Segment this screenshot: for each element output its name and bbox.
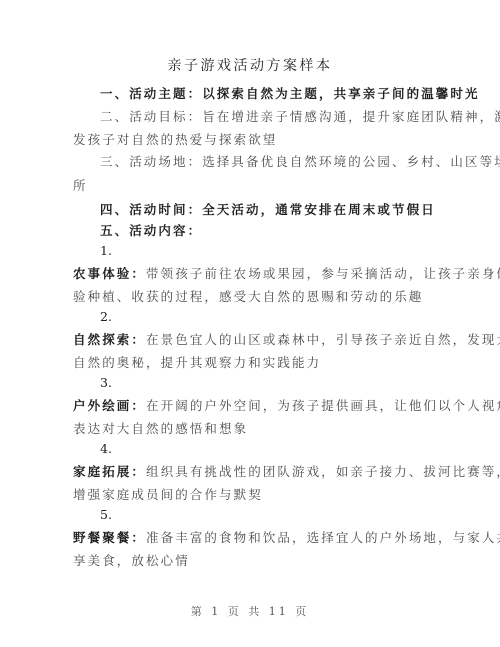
activity-desc: 在开阔的户外空间，为孩子提供画具，让他们以个人视角 (146, 398, 500, 413)
activity-number: 5. (100, 507, 448, 523)
activity-item-1-line-1: 农事体验：带领孩子前往农场或果园，参与采摘活动，让孩子亲身体 (73, 266, 421, 282)
section-goal-line-2: 发孩子对自然的热爱与探索欲望 (73, 132, 421, 148)
activity-number: 4. (100, 441, 448, 457)
activity-item-3-line-1: 户外绘画：在开阔的户外空间，为孩子提供画具，让他们以个人视角 (73, 398, 421, 414)
section-theme: 一、活动主题：以探索自然为主题，共享亲子间的温馨时光 (100, 86, 448, 102)
activity-name: 户外绘画： (73, 398, 146, 413)
activity-number: 1. (100, 243, 448, 259)
activity-desc: 在景色宜人的山区或森林中，引导孩子亲近自然，发现大 (146, 332, 500, 347)
section-content-heading: 五、活动内容： (100, 223, 448, 239)
activity-item-5-line-1: 野餐聚餐：准备丰富的食物和饮品，选择宜人的户外场地，与家人共 (73, 530, 421, 546)
activity-name: 自然探索： (73, 332, 146, 347)
document-page: 亲子游戏活动方案样本 一、活动主题：以探索自然为主题，共享亲子间的温馨时光 二、… (0, 0, 500, 647)
activity-desc: 准备丰富的食物和饮品，选择宜人的户外场地，与家人共 (146, 530, 500, 545)
activity-item-1-line-2: 验种植、收获的过程，感受大自然的恩赐和劳动的乐趣 (73, 289, 421, 305)
activity-number: 3. (100, 375, 448, 391)
page-footer: 第 1 页 共 11 页 (0, 603, 500, 619)
section-time: 四、活动时间：全天活动，通常安排在周末或节假日 (100, 202, 448, 218)
section-venue-line-1: 三、活动场地：选择具备优良自然环境的公园、乡村、山区等场 (100, 154, 448, 170)
activity-name: 家庭拓展： (73, 464, 146, 479)
activity-item-2-line-1: 自然探索：在景色宜人的山区或森林中，引导孩子亲近自然，发现大 (73, 332, 421, 348)
section-goal-line-1: 二、活动目标：旨在增进亲子情感沟通，提升家庭团队精神，激 (100, 109, 448, 125)
activity-item-3-line-2: 表达对大自然的感悟和想象 (73, 421, 421, 437)
activity-item-5-line-2: 享美食，放松心情 (73, 553, 421, 569)
activity-desc: 带领孩子前往农场或果园，参与采摘活动，让孩子亲身体 (146, 266, 500, 281)
activity-item-4-line-2: 增强家庭成员间的合作与默契 (73, 487, 421, 503)
section-venue-line-2: 所 (73, 178, 421, 194)
activity-name: 农事体验： (73, 266, 146, 281)
activity-number: 2. (100, 309, 448, 325)
activity-desc: 组织具有挑战性的团队游戏，如亲子接力、拔河比赛等， (146, 464, 500, 479)
document-title: 亲子游戏活动方案样本 (0, 58, 500, 74)
activity-item-2-line-2: 自然的奥秘，提升其观察力和实践能力 (73, 355, 421, 371)
activity-name: 野餐聚餐： (73, 530, 146, 545)
activity-item-4-line-1: 家庭拓展：组织具有挑战性的团队游戏，如亲子接力、拔河比赛等， (73, 464, 421, 480)
